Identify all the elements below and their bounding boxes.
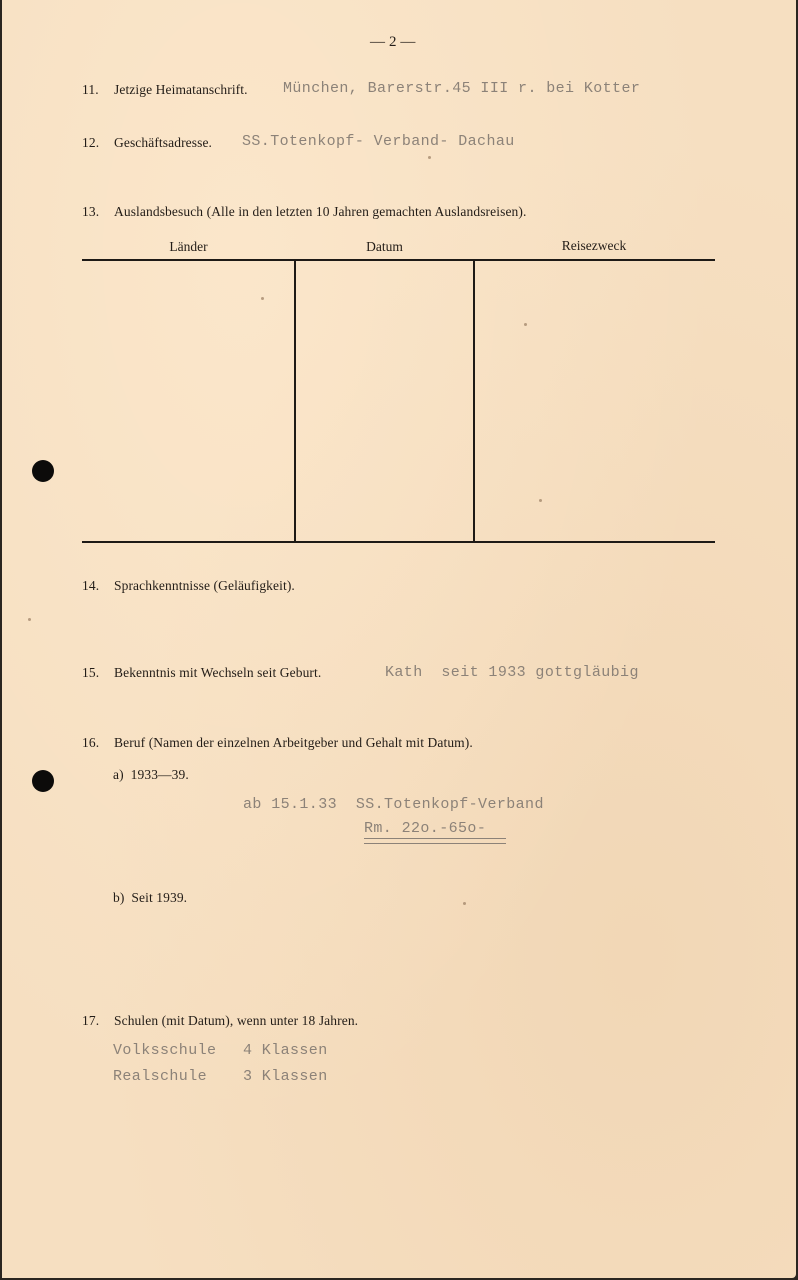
sub-period: 1933—39.: [131, 767, 189, 782]
paper-speck: [28, 618, 31, 621]
field-label: Sprachkenntnisse (Geläufigkeit).: [114, 578, 295, 593]
punch-hole: [32, 460, 54, 482]
column-header-datum: Datum: [295, 239, 474, 255]
sub-label: b): [113, 890, 124, 905]
column-header-reisezweck: Reisezweck: [474, 238, 714, 254]
field-12-label: 12.Geschäftsadresse.: [82, 135, 212, 151]
paper-speck: [524, 323, 527, 326]
school-name: Volksschule: [113, 1042, 243, 1059]
punch-hole: [32, 770, 54, 792]
document-page: — 2 — 11.Jetzige Heimatanschrift. Münche…: [2, 0, 796, 1278]
paper-speck: [428, 156, 431, 159]
school-row: Volksschule4 Klassen: [113, 1042, 328, 1059]
field-16a-line1: ab 15.1.33 SS.Totenkopf-Verband: [243, 796, 544, 813]
field-label: Bekenntnis mit Wechseln seit Geburt.: [114, 665, 321, 680]
field-16a-label: a) 1933—39.: [113, 767, 189, 783]
table-top-rule: [82, 259, 715, 261]
field-number: 12.: [82, 135, 114, 151]
double-underline: [364, 838, 506, 844]
field-number: 14.: [82, 578, 114, 594]
school-detail: 3 Klassen: [243, 1068, 328, 1085]
field-number: 17.: [82, 1013, 114, 1029]
column-divider: [294, 261, 296, 541]
field-label: Beruf (Namen der einzelnen Arbeitgeber u…: [114, 735, 473, 750]
school-row: Realschule3 Klassen: [113, 1068, 328, 1085]
column-divider: [473, 261, 475, 541]
field-17-label: 17.Schulen (mit Datum), wenn unter 18 Ja…: [82, 1013, 358, 1029]
table-bottom-rule: [82, 541, 715, 543]
field-number: 11.: [82, 82, 114, 98]
field-label: Geschäftsadresse.: [114, 135, 212, 150]
field-16a-line2: Rm. 22o.-65o-: [364, 820, 486, 837]
paper-speck: [539, 499, 542, 502]
sub-period: Seit 1939.: [131, 890, 187, 905]
sub-label: a): [113, 767, 124, 782]
paper-speck: [463, 902, 466, 905]
field-label: Schulen (mit Datum), wenn unter 18 Jahre…: [114, 1013, 358, 1028]
field-15-label: 15.Bekenntnis mit Wechseln seit Geburt.: [82, 665, 321, 681]
field-number: 15.: [82, 665, 114, 681]
field-label: Auslandsbesuch (Alle in den letzten 10 J…: [114, 204, 526, 219]
field-16b-label: b) Seit 1939.: [113, 890, 187, 906]
field-13-label: 13.Auslandsbesuch (Alle in den letzten 1…: [82, 204, 526, 220]
school-detail: 4 Klassen: [243, 1042, 328, 1059]
page-number: — 2 —: [370, 34, 416, 51]
column-header-laender: Länder: [82, 239, 295, 255]
field-label: Jetzige Heimatanschrift.: [114, 82, 248, 97]
paper-speck: [261, 297, 264, 300]
field-number: 13.: [82, 204, 114, 220]
field-number: 16.: [82, 735, 114, 751]
school-name: Realschule: [113, 1068, 243, 1085]
field-11-label: 11.Jetzige Heimatanschrift.: [82, 82, 248, 98]
field-15-value: Kath seit 1933 gottgläubig: [385, 664, 639, 681]
field-16-label: 16.Beruf (Namen der einzelnen Arbeitgebe…: [82, 735, 473, 751]
field-11-value: München, Barerstr.45 III r. bei Kotter: [283, 80, 640, 97]
field-14-label: 14.Sprachkenntnisse (Geläufigkeit).: [82, 578, 295, 594]
field-12-value: SS.Totenkopf- Verband- Dachau: [242, 133, 515, 150]
